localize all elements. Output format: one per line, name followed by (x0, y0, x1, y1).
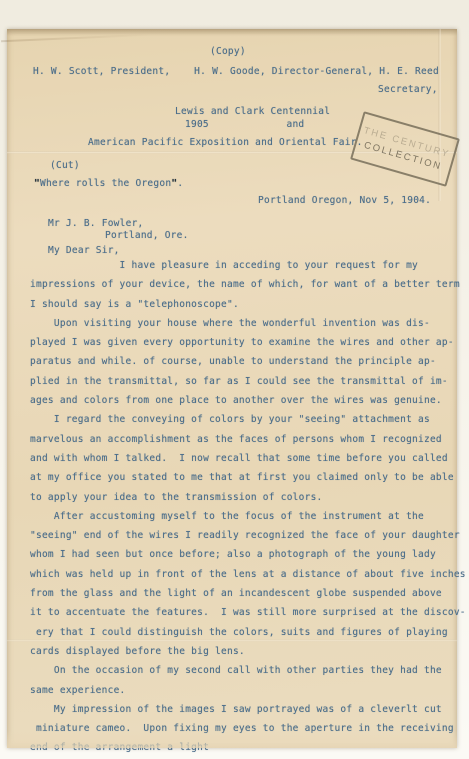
event-year-line: 1905 and (185, 119, 304, 130)
event-subtitle: American Pacific Exposition and Oriental… (88, 137, 363, 148)
copy-label: (Copy) (210, 46, 246, 57)
dateline: Portland Oregon, Nov 5, 1904. (258, 195, 431, 206)
event-title: Lewis and Clark Centennial (175, 106, 330, 117)
cut-label: (Cut) (50, 160, 80, 171)
secretary-label: Secretary, (378, 84, 438, 95)
letter-paper: (Copy) H. W. Scott, President, H. W. Goo… (7, 29, 457, 748)
motto-line: "Where rolls the Oregon". (34, 178, 183, 189)
recipient-name: Mr J. B. Fowler, (48, 218, 144, 229)
recipient-city: Portland, Ore. (105, 230, 189, 241)
century-collection-stamp: THE CENTURY COLLECTION (350, 111, 460, 187)
motto-text: Where rolls the Oregon (40, 178, 171, 189)
fold-crease-top (1, 34, 151, 43)
scanned-letter: (Copy) H. W. Scott, President, H. W. Goo… (0, 0, 469, 759)
salutation: My Dear Sir, (48, 245, 120, 256)
letter-body: I have pleasure in acceding to your requ… (30, 256, 466, 758)
motto-period: . (177, 178, 183, 189)
officers-line: H. W. Scott, President, H. W. Goode, Dir… (33, 66, 439, 77)
